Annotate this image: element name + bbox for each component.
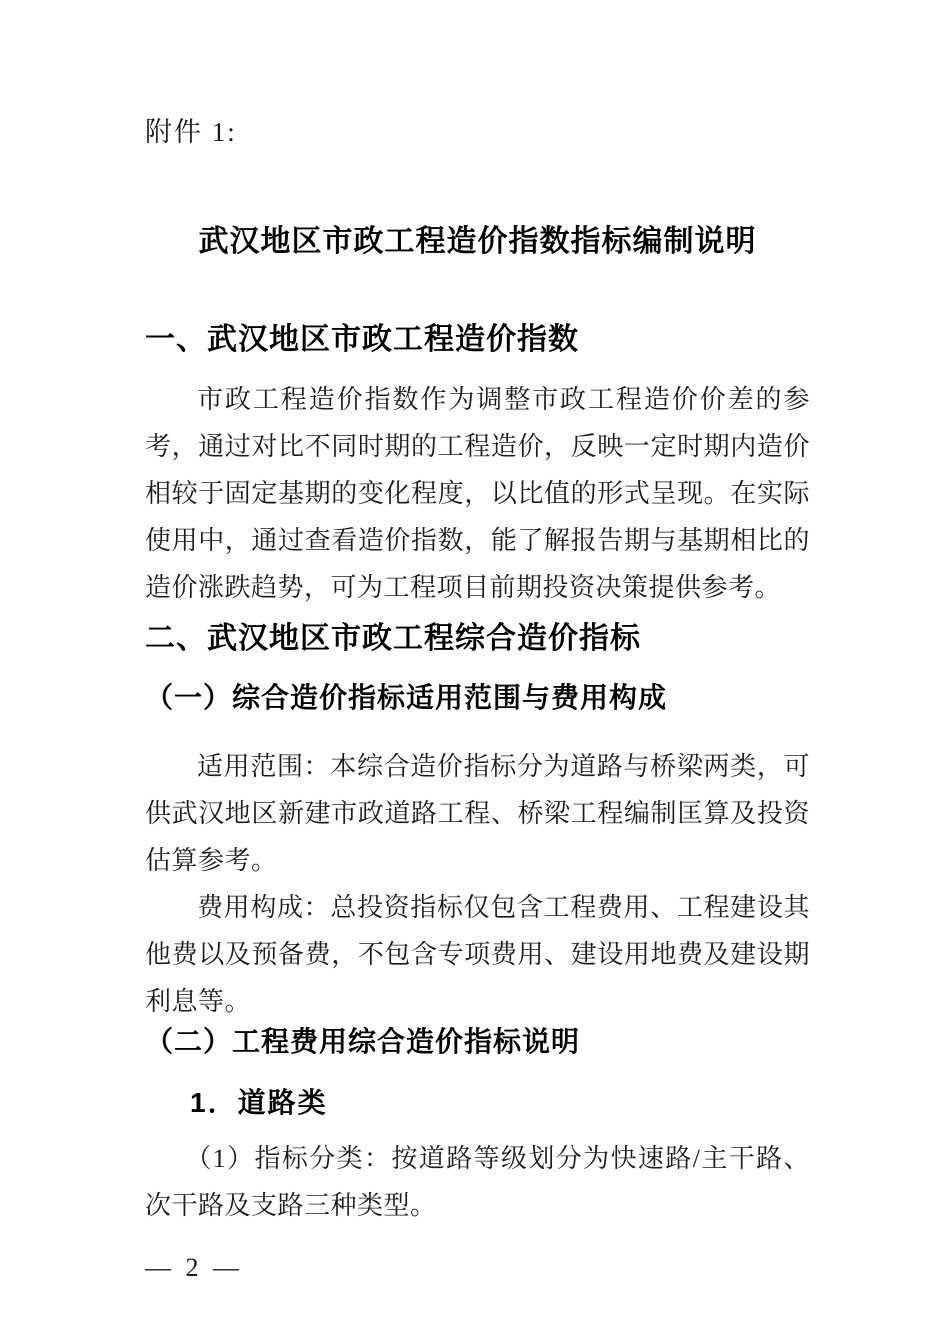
- cost-composition-paragraph: 费用构成：总投资指标仅包含工程费用、工程建设其他费以及预备费，不包含专项费用、建…: [145, 884, 810, 1025]
- road-category-heading: 1．道路类: [145, 1081, 810, 1125]
- attachment-label: 附件 1:: [145, 112, 810, 152]
- section-1-heading: 一、武汉地区市政工程造价指数: [145, 318, 810, 362]
- section-2-heading: 二、武汉地区市政工程综合造价指标: [145, 617, 810, 661]
- page-number: — 2 —: [145, 1248, 243, 1288]
- section-1-paragraph: 市政工程造价指数作为调整市政工程造价价差的参考，通过对比不同时期的工程造价，反映…: [145, 376, 810, 611]
- document-page: 附件 1: 武汉地区市政工程造价指数指标编制说明 一、武汉地区市政工程造价指数 …: [0, 0, 950, 1344]
- scope-paragraph: 适用范围：本综合造价指标分为道路与桥梁两类，可供武汉地区新建市政道路工程、桥梁工…: [145, 743, 810, 884]
- subsection-1-heading: （一）综合造价指标适用范围与费用构成: [145, 677, 810, 721]
- indicator-classification-paragraph: （1）指标分类：按道路等级划分为快速路/主干路、次干路及支路三种类型。: [145, 1135, 810, 1229]
- subsection-2-heading: （二）工程费用综合造价指标说明: [145, 1021, 810, 1065]
- document-title: 武汉地区市政工程造价指数指标编制说明: [145, 218, 810, 266]
